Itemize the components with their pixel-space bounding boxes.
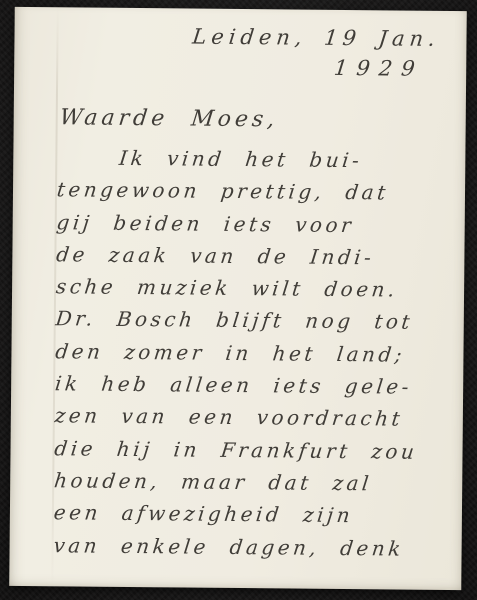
date-year: 1929 [333,56,425,81]
date-line: Leiden, 19 Jan. [191,25,441,51]
letter-line: sche muziek wilt doen. [54,270,460,306]
letter-scan: Leiden, 19 Jan. 1929 Waarde Moes, Ik vin… [0,0,477,600]
letter-line: gij beiden iets voor [55,206,461,242]
letter-page: Leiden, 19 Jan. 1929 Waarde Moes, Ik vin… [9,7,467,590]
letter-line: een afwezigheid zijn [52,497,458,533]
letter-line: houden, maar dat zal [52,464,458,500]
letter-body: Ik vind het bui- tengewoon prettig, dat … [53,141,459,565]
letter-line: die hij in Frankfurt zou [53,432,459,468]
letter-line: tengewoon prettig, dat [55,174,461,210]
salutation: Waarde Moes, [58,105,279,132]
letter-line: van enkele dagen, denk [52,529,458,565]
letter-line: de zaak van de Indi- [55,238,461,274]
letter-line: ik heb alleen iets gele- [53,367,459,403]
letter-line: Dr. Bosch blijft nog tot [54,303,460,339]
letter-line: den zomer in het land; [54,335,460,371]
letter-line: zen van een voordracht [53,400,459,436]
letter-line: Ik vind het bui- [55,141,461,177]
